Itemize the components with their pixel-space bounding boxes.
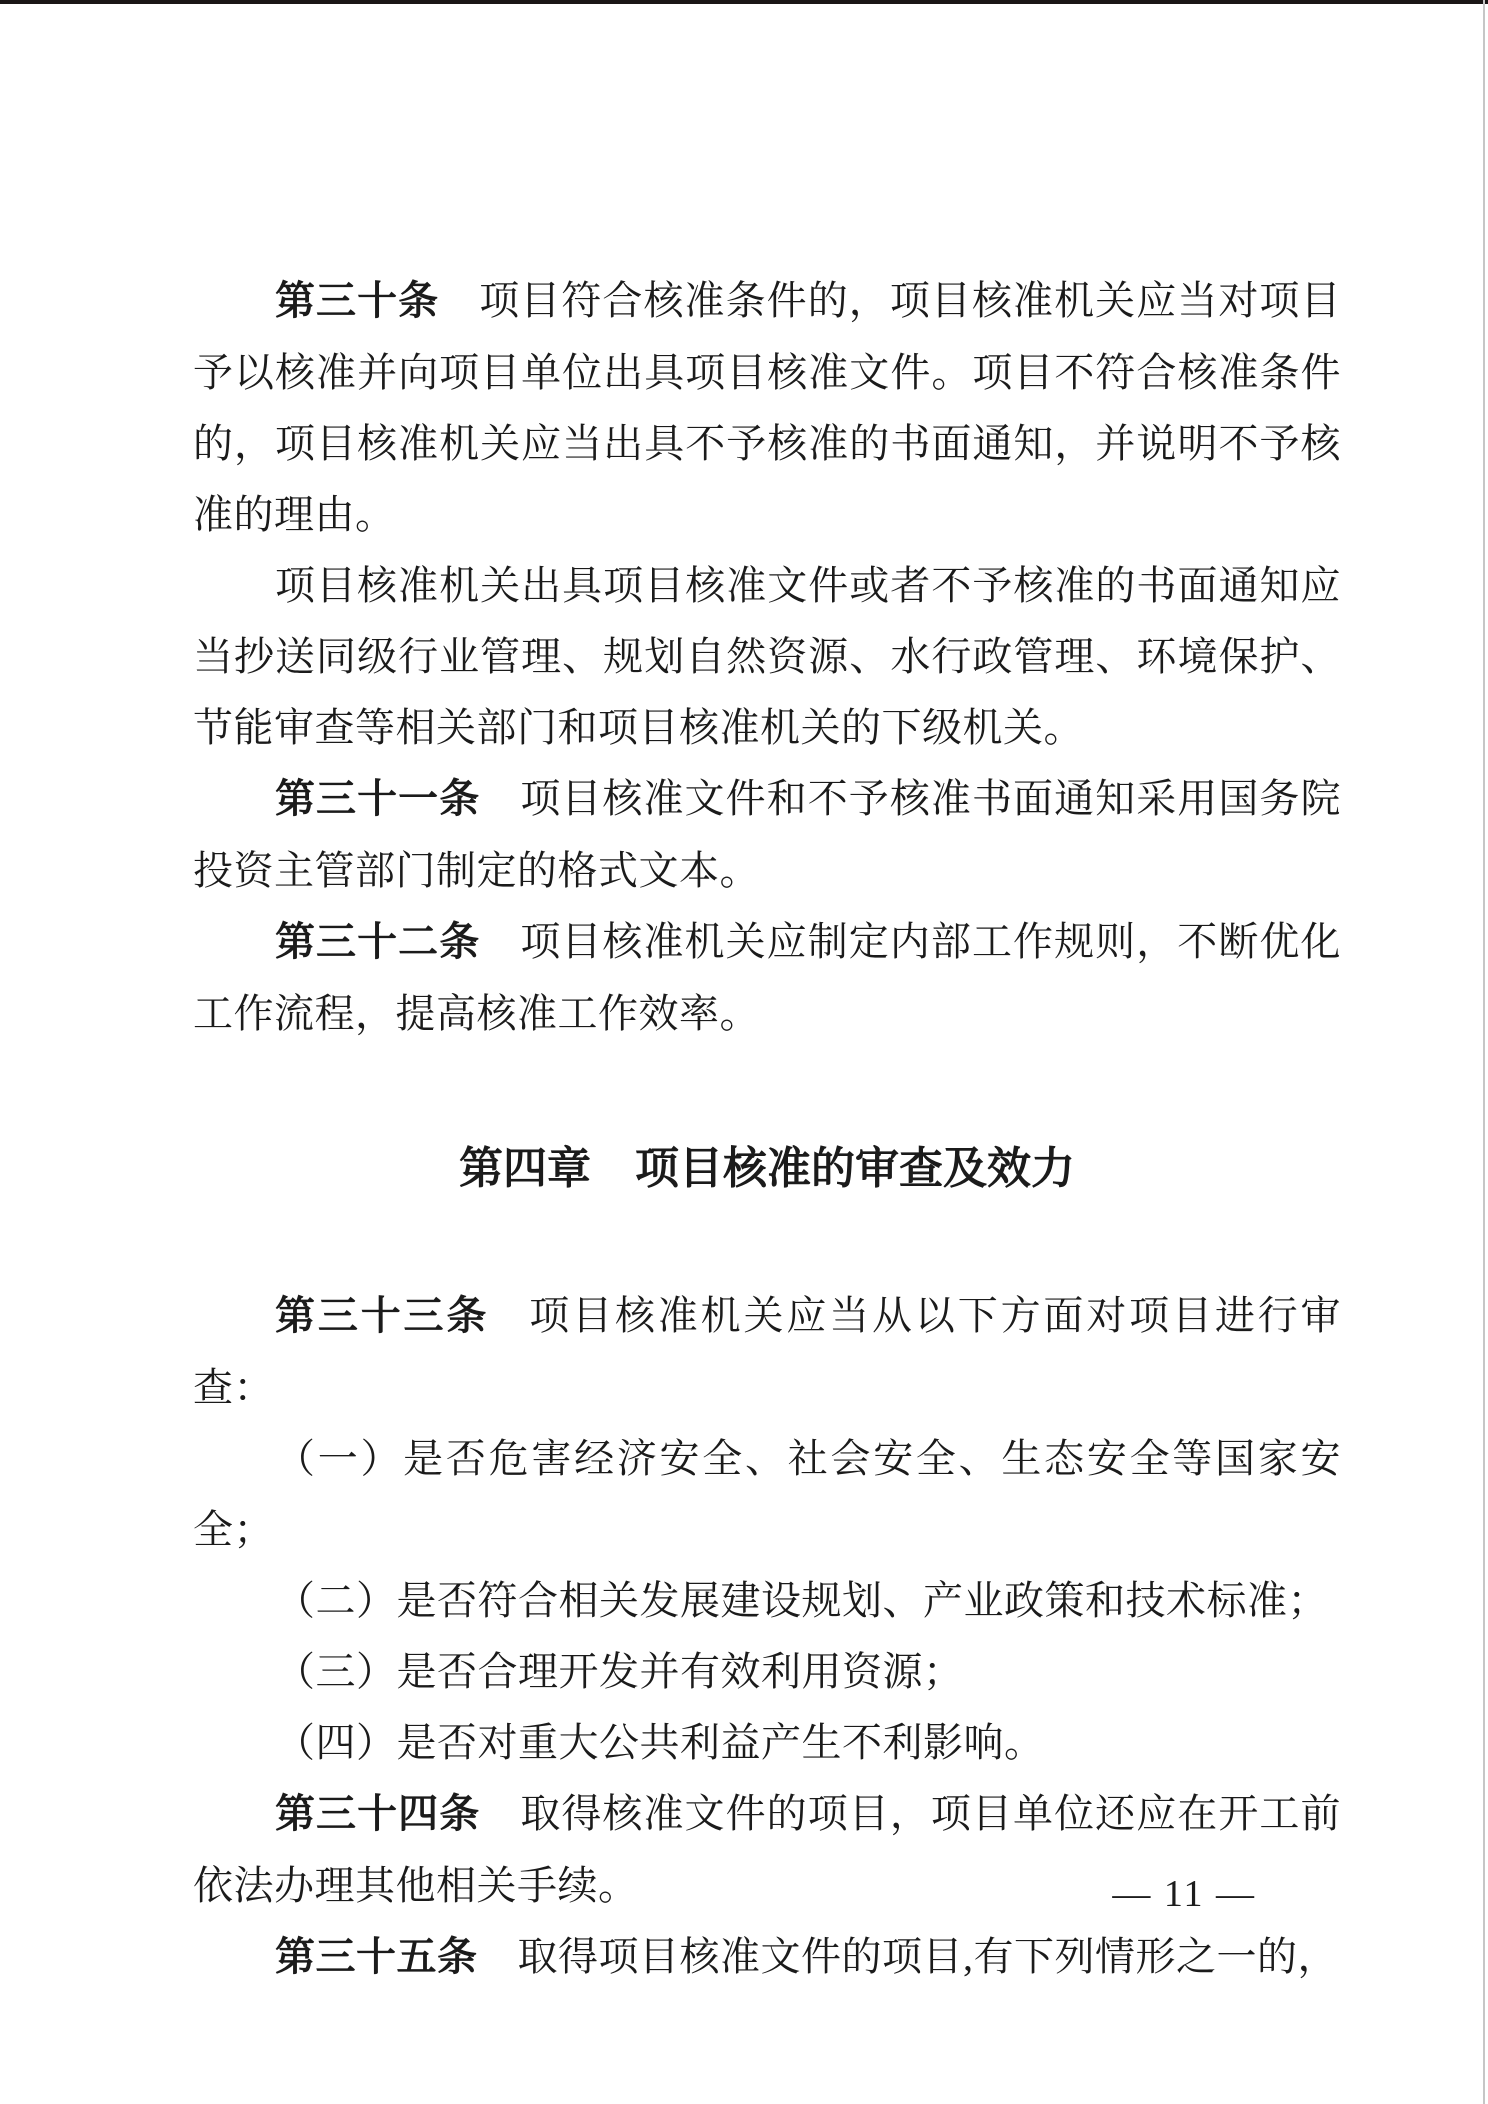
article-number: 第三十五条 (275, 1935, 478, 1979)
article-paragraph-35: 第三十五条取得项目核准文件的项目,有下列情形之一的， (193, 1921, 1341, 1993)
article-paragraph-32: 第三十二条项目核准机关应制定内部工作规则，不断优化工作流程，提高核准工作效率。 (193, 906, 1341, 1049)
list-item-1: （一）是否危害经济安全、社会安全、生态安全等国家安全； (193, 1423, 1341, 1565)
body-paragraph: 项目核准机关出具项目核准文件或者不予核准的书面通知应当抄送同级行业管理、规划自然… (193, 550, 1341, 763)
chapter-title: 项目核准的审查及效力 (635, 1144, 1075, 1193)
document-body: 第三十条项目符合核准条件的，项目核准机关应当对项目予以核准并向项目单位出具项目核… (193, 265, 1341, 1993)
list-item-2: （二）是否符合相关发展建设规划、产业政策和技术标准； (193, 1565, 1341, 1636)
article-number: 第三十一条 (275, 777, 480, 821)
list-item-3: （三）是否合理开发并有效利用资源； (193, 1636, 1341, 1707)
list-item-text: （四）是否对重大公共利益产生不利影响。 (275, 1720, 1045, 1765)
article-number: 第三十条 (275, 279, 439, 323)
list-item-text: （二）是否符合相关发展建设规划、产业政策和技术标准； (275, 1578, 1328, 1623)
article-text: 取得项目核准文件的项目,有下列情形之一的， (518, 1934, 1339, 1979)
chapter-heading: 第四章项目核准的审查及效力 (193, 1133, 1341, 1204)
page-top-rule (0, 0, 1488, 4)
chapter-number: 第四章 (459, 1144, 591, 1193)
paragraph-text: 项目核准机关出具项目核准文件或者不予核准的书面通知应当抄送同级行业管理、规划自然… (193, 563, 1341, 750)
article-number: 第三十二条 (275, 920, 480, 964)
list-item-text: （一）是否危害经济安全、社会安全、生态安全等国家安全； (193, 1436, 1341, 1552)
article-number: 第三十三条 (275, 1294, 489, 1338)
article-number: 第三十四条 (275, 1792, 480, 1836)
article-paragraph-31: 第三十一条项目核准文件和不予核准书面通知采用国务院投资主管部门制定的格式文本。 (193, 763, 1341, 906)
article-paragraph-30: 第三十条项目符合核准条件的，项目核准机关应当对项目予以核准并向项目单位出具项目核… (193, 265, 1341, 550)
article-paragraph-33: 第三十三条项目核准机关应当从以下方面对项目进行审查： (193, 1280, 1341, 1423)
document-page: 第三十条项目符合核准条件的，项目核准机关应当对项目予以核准并向项目单位出具项目核… (0, 0, 1488, 2104)
list-item-text: （三）是否合理开发并有效利用资源； (275, 1649, 964, 1694)
page-right-edge-line (1483, 0, 1485, 2104)
page-number: — 11 — (1112, 1872, 1256, 1916)
list-item-4: （四）是否对重大公共利益产生不利影响。 (193, 1707, 1341, 1778)
